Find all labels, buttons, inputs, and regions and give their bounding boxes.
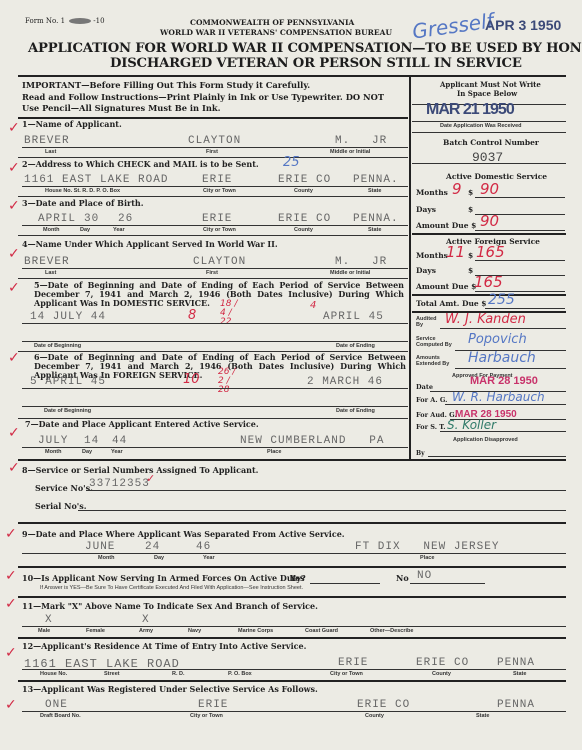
q13-label-board: Draft Board No. <box>40 713 81 719</box>
check-mark-icon: ✓ <box>8 160 20 176</box>
q4-label-first: First <box>206 270 218 276</box>
q7-label-place: Place <box>267 449 281 455</box>
q10-no-label: No <box>396 574 409 583</box>
q5-annotation-day-fix: 4 <box>310 300 316 311</box>
check-mark-icon: ✓ <box>5 596 17 612</box>
q7-label-day: Day <box>82 449 92 455</box>
q3-county[interactable]: ERIE CO <box>278 213 331 225</box>
q10-yes-label: Yes <box>290 574 305 583</box>
q12-label-house: House No. <box>40 671 67 677</box>
q10-heading: 10—Is Applicant Now Serving In Armed For… <box>22 574 306 583</box>
q10-no-value[interactable]: NO <box>417 570 432 582</box>
q3-state[interactable]: PENNA. <box>353 213 399 225</box>
amounts-extended-by-label: Amounts Extended By <box>416 355 456 367</box>
q9-day[interactable]: 24 <box>145 541 160 553</box>
q3-label-city: City or Town <box>203 227 236 233</box>
foreign-months-amount: 165 <box>476 243 505 261</box>
q12-label-county: County <box>432 671 451 677</box>
q6-end-date[interactable]: 2 MARCH 46 <box>307 376 383 388</box>
approved-date-stamp: MAR 28 1950 <box>470 375 538 387</box>
q2-city[interactable]: ERIE <box>202 174 232 186</box>
foreign-months-value: 11 <box>446 243 465 261</box>
domestic-months-label: Months <box>416 188 448 197</box>
q1-heading: 1—Name of Applicant. <box>22 120 122 129</box>
by-label: By <box>416 450 425 457</box>
q1-last-name[interactable]: BREVER <box>24 135 70 147</box>
q2-street[interactable]: 1161 EAST LAKE ROAD <box>24 174 168 186</box>
dollar-sign: $ <box>468 205 473 214</box>
check-mark-icon: ✓ <box>146 472 155 485</box>
amounts-extended-by-signature: Harbauch <box>468 350 536 366</box>
domestic-months-amount: 90 <box>480 180 499 198</box>
q11-army-mark[interactable]: X <box>142 614 150 626</box>
q2-county[interactable]: ERIE CO <box>278 174 331 186</box>
q11-option-navy[interactable]: Navy <box>188 628 201 634</box>
q11-option-other[interactable]: Other—Describe <box>370 628 413 634</box>
q2-label-county: County <box>294 188 313 194</box>
q9-heading: 9—Date and Place Where Applicant Was Sep… <box>22 530 345 539</box>
q10-note: If Answer is YES—Be Sure To Have Certifi… <box>40 585 303 591</box>
q2-heading: 2—Address to Which CHECK and MAIL is to … <box>22 160 259 169</box>
check-mark-icon: ✓ <box>8 460 20 476</box>
check-mark-icon: ✓ <box>5 697 17 713</box>
q9-label-place: Place <box>420 555 434 561</box>
q12-label-city: City or Town <box>330 671 363 677</box>
q5-label-begin: Date of Beginning <box>34 343 81 349</box>
for-ag-label: For A. G. <box>416 396 447 404</box>
q13-board[interactable]: ONE <box>45 699 68 711</box>
q11-option-male[interactable]: Male <box>38 628 50 634</box>
q13-heading: 13—Applicant Was Registered Under Select… <box>22 685 318 694</box>
q7-heading: 7—Date and Place Applicant Entered Activ… <box>25 420 259 429</box>
q1-middle[interactable]: M. <box>335 135 350 147</box>
q3-label-year: Year <box>113 227 125 233</box>
dollar-sign: $ <box>468 188 473 197</box>
for-st-signature: S. Koller <box>447 418 496 432</box>
check-mark-icon: ✓ <box>5 568 17 584</box>
q7-place[interactable]: NEW CUMBERLAND PA <box>240 435 384 447</box>
q5-begin-date[interactable]: 14 JULY 44 <box>30 311 106 323</box>
q11-male-mark[interactable]: X <box>45 614 53 626</box>
batch-control-label: Batch Control Number <box>443 138 539 147</box>
check-mark-icon: ✓ <box>8 425 20 441</box>
office-heading-1: Applicant Must Not Write <box>440 80 541 89</box>
total-amount-value: 255 <box>488 292 515 308</box>
q13-city[interactable]: ERIE <box>198 699 228 711</box>
q3-day[interactable]: 30 <box>84 213 99 225</box>
union-bug-icon <box>69 18 91 24</box>
q12-heading: 12—Applicant's Residence At Time of Entr… <box>22 642 306 651</box>
q3-label-day: Day <box>80 227 90 233</box>
q4-last-name[interactable]: BREVER <box>24 256 70 268</box>
foreign-amount-due: 165 <box>474 273 503 291</box>
domestic-amount-due: 90 <box>480 212 499 230</box>
total-amount-label: Total Amt. Due $ <box>416 299 487 308</box>
q9-year[interactable]: 46 <box>196 541 211 553</box>
q4-suffix[interactable]: JR <box>372 256 387 268</box>
q12-state[interactable]: PENNA <box>497 657 535 669</box>
header-signature: Gresself <box>411 8 495 43</box>
form-code: -10 <box>93 17 104 25</box>
q6-label-begin: Date of Beginning <box>44 408 91 414</box>
q13-label-county: County <box>365 713 384 719</box>
audited-by-signature: W. J. Kanden <box>445 312 526 327</box>
q13-label-state: State <box>476 713 489 719</box>
date-received-stamp: MAR 21 1950 <box>426 101 514 119</box>
q9-month[interactable]: JUNE <box>85 541 115 553</box>
q3-label-county: County <box>294 227 313 233</box>
q8-service-label: Service No's. <box>35 484 93 493</box>
q9-label-month: Month <box>98 555 115 561</box>
date-label: Date <box>416 383 433 391</box>
domestic-amount-due-label: Amount Due $ <box>416 221 476 230</box>
application-disapproved-label: Application Disapproved <box>453 437 518 443</box>
q6-begin-date[interactable]: 5 APRIL 45 <box>30 376 106 388</box>
for-ag-signature: W. R. Harbauch <box>452 390 545 404</box>
q12-city[interactable]: ERIE <box>338 657 368 669</box>
q12-county[interactable]: ERIE CO <box>416 657 469 669</box>
q2-annotation: 25 <box>283 155 300 170</box>
q6-annotation-months: 10 <box>183 372 200 387</box>
instructions-line-3: Use Pencil—All Signatures Must Be in Ink… <box>22 103 221 113</box>
q13-state[interactable]: PENNA <box>497 699 535 711</box>
q7-label-year: Year <box>111 449 123 455</box>
received-stamp: APR 3 1950 <box>485 17 561 33</box>
q3-month[interactable]: APRIL <box>38 213 76 225</box>
form-number-label: Form No. 1 <box>25 17 65 25</box>
service-computed-by-label: Service Computed By <box>416 336 456 348</box>
q11-option-marine-corps[interactable]: Marine Corps <box>238 628 273 634</box>
q4-label-middle: Middle or Initial <box>330 270 370 276</box>
foreign-months-label: Months <box>416 251 448 260</box>
domestic-days-label: Days <box>416 205 436 214</box>
check-mark-icon: ✓ <box>5 645 17 661</box>
check-mark-icon: ✓ <box>8 198 20 214</box>
q6-annotation-days: 26 / 2 / 28 <box>218 368 238 395</box>
q1-label-middle: Middle or Initial <box>330 149 370 155</box>
q2-state[interactable]: PENNA. <box>353 174 399 186</box>
q7-day[interactable]: 14 <box>84 435 99 447</box>
instructions-line-2: Read and Follow Instructions—Print Plain… <box>22 92 384 102</box>
q4-middle[interactable]: M. <box>335 256 350 268</box>
instructions-line-1: IMPORTANT—Before Filling Out This Form S… <box>22 80 310 90</box>
agency-line-1: COMMONWEALTH OF PENNSYLVANIA <box>190 18 354 27</box>
foreign-days-label: Days <box>416 266 436 275</box>
q8-heading: 8—Service or Serial Numbers Assigned To … <box>22 466 258 475</box>
q12-label-street: Street <box>104 671 120 677</box>
q7-label-month: Month <box>45 449 62 455</box>
q2-label-city: City or Town <box>203 188 236 194</box>
q2-label-state: State <box>368 188 381 194</box>
check-mark-icon: ✓ <box>8 246 20 262</box>
office-heading-2: In Space Below <box>457 89 517 98</box>
date-received-label: Date Application Was Received <box>440 123 522 129</box>
foreign-amount-due-label: Amount Due $ <box>416 282 476 291</box>
for-st-label: For S. T. <box>416 423 446 431</box>
form-title-line-2: DISCHARGED VETERAN OR PERSON STILL IN SE… <box>110 56 522 71</box>
check-mark-icon: ✓ <box>8 280 20 296</box>
q5-end-date[interactable]: APRIL 45 <box>323 311 384 323</box>
q7-year[interactable]: 44 <box>112 435 127 447</box>
q7-month[interactable]: JULY <box>38 435 68 447</box>
form-title-line-1: APPLICATION FOR WORLD WAR II COMPENSATIO… <box>28 41 582 56</box>
q4-label-last: Last <box>45 270 56 276</box>
q12-label-state: State <box>513 671 526 677</box>
dollar-sign: $ <box>468 266 473 275</box>
domestic-months-value: 9 <box>452 180 462 198</box>
q4-heading: 4—Name Under Which Applicant Served In W… <box>22 240 278 249</box>
q1-label-last: Last <box>45 149 56 155</box>
q11-option-army[interactable]: Army <box>139 628 153 634</box>
q5-label-end: Date of Ending <box>336 343 375 349</box>
q4-first-name[interactable]: CLAYTON <box>193 256 246 268</box>
q11-option-coast-guard[interactable]: Coast Guard <box>305 628 338 634</box>
check-mark-icon: ✓ <box>8 120 20 136</box>
q13-label-city: City or Town <box>190 713 223 719</box>
q6-label-end: Date of Ending <box>336 408 375 414</box>
q1-first-name[interactable]: CLAYTON <box>188 135 241 147</box>
q2-label-street: House No. St. R. D. P. O. Box <box>45 188 120 194</box>
q5-heading: 5—Date of Beginning and Date of Ending o… <box>34 281 404 308</box>
q5-annotation-months: 8 <box>188 308 196 323</box>
q3-year[interactable]: 26 <box>118 213 133 225</box>
q3-label-month: Month <box>43 227 60 233</box>
q13-county[interactable]: ERIE CO <box>357 699 410 711</box>
q11-option-female[interactable]: Female <box>86 628 105 634</box>
q3-label-state: State <box>368 227 381 233</box>
q12-label-rd: R. D. <box>172 671 185 677</box>
agency-line-2: WORLD WAR II VETERANS' COMPENSATION BURE… <box>160 28 392 37</box>
q1-label-first: First <box>206 149 218 155</box>
q3-city[interactable]: ERIE <box>202 213 232 225</box>
q8-service-number[interactable]: 33712353 <box>89 478 150 490</box>
q9-place[interactable]: FT DIX NEW JERSEY <box>355 541 499 553</box>
q12-label-pobox: P. O. Box <box>228 671 252 677</box>
q9-label-year: Year <box>203 555 215 561</box>
check-mark-icon: ✓ <box>8 350 20 366</box>
q9-label-day: Day <box>154 555 164 561</box>
dollar-sign: $ <box>468 251 473 260</box>
audited-by-label: Audited By <box>416 316 440 328</box>
check-mark-icon: ✓ <box>5 526 17 542</box>
service-computed-by-signature: Popovich <box>468 332 527 347</box>
q3-heading: 3—Date and Place of Birth. <box>22 199 144 208</box>
form-number: Form No. 1 -10 <box>25 17 105 25</box>
q1-suffix[interactable]: JR <box>372 135 387 147</box>
q11-heading: 11—Mark "X" Above Name To Indicate Sex A… <box>22 602 318 611</box>
